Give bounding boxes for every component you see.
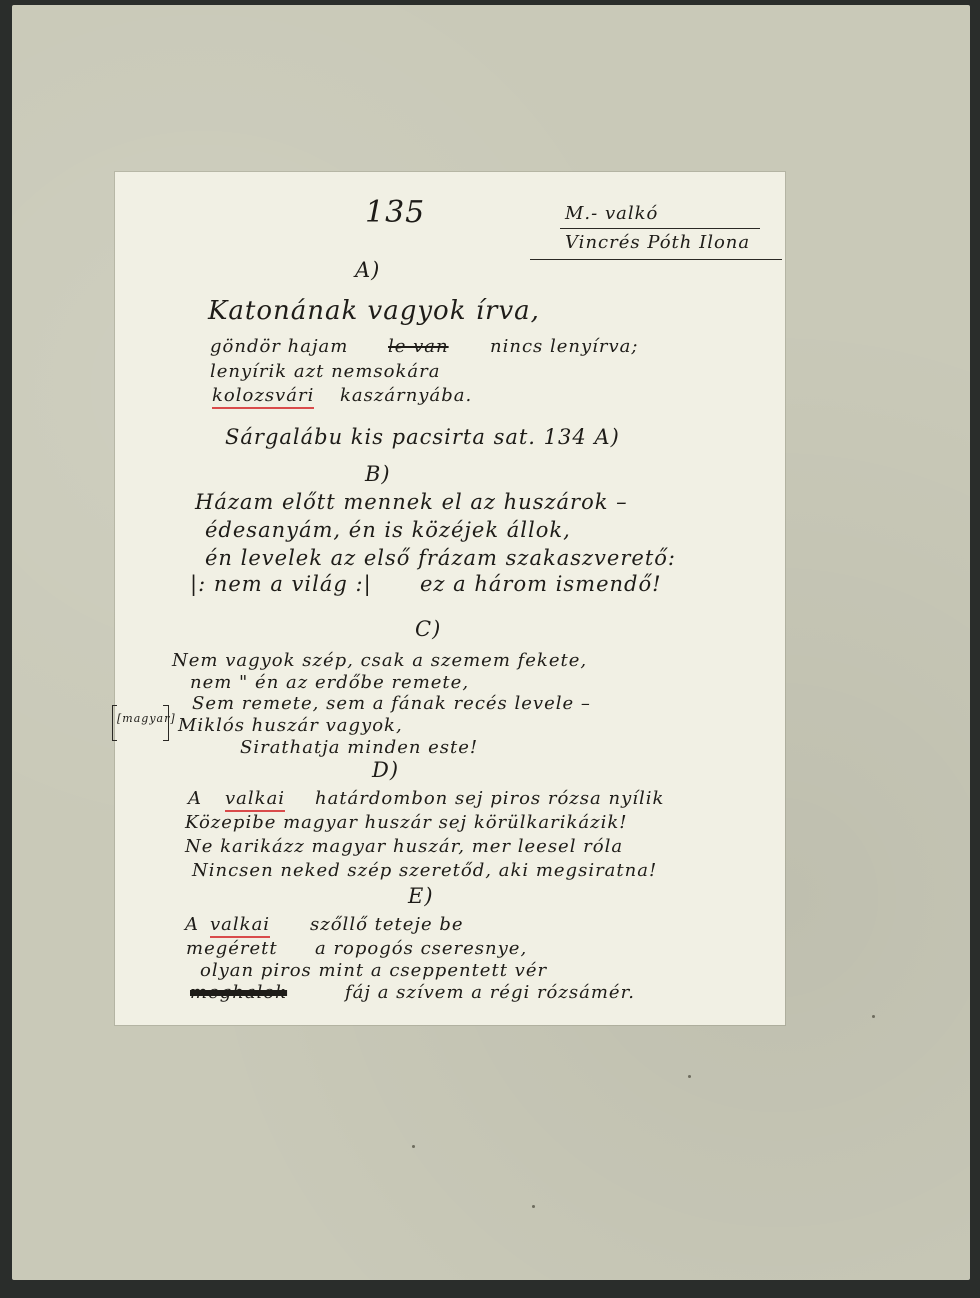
verse-line: Közepibe magyar huszár sej körülkarikázi… <box>185 812 628 833</box>
location-note: M.- valkó <box>565 203 658 224</box>
struck-word: le van <box>388 336 449 357</box>
verse-line: édesanyám, én is közéjek állok, <box>205 518 571 542</box>
mat-speck <box>688 1075 691 1078</box>
verse-line: ez a három ismendő! <box>420 572 662 596</box>
verse-line: én levelek az első frázam szakaszverető: <box>205 546 676 570</box>
verse-line: olyan piros mint a cseppentett vér <box>200 960 547 981</box>
section-label-c: C) <box>415 617 441 641</box>
verse-line: nincs lenyírva; <box>490 336 638 357</box>
verse-line: Ne karikázz magyar huszár, mer leesel ró… <box>185 836 623 857</box>
header-rule <box>530 259 782 260</box>
verse-line: kaszárnyába. <box>340 385 472 406</box>
verse-line: göndör hajam <box>210 336 348 357</box>
verse-line: Házam előtt mennek el az huszárok – <box>195 490 628 514</box>
repeat-line: |: nem a világ :| <box>190 572 372 596</box>
verse-word: A <box>185 914 199 935</box>
section-label-b: B) <box>365 462 391 486</box>
mat-speck <box>872 1015 875 1018</box>
mat-speck <box>532 1205 535 1208</box>
singer-name: Vincrés Póth Ilona <box>565 232 750 253</box>
verse-line: Nem vagyok szép, csak a szemem fekete, <box>172 650 587 671</box>
verse-line: határdombon sej piros rózsa nyílik <box>315 788 664 809</box>
underlined-word: valkai <box>210 914 270 938</box>
verse-line: fáj a szívem a régi rózsámér. <box>345 982 635 1003</box>
section-label-a: A) <box>355 258 380 282</box>
underlined-word: kolozsvári <box>212 385 314 409</box>
verse-line: lenyírik azt nemsokára <box>210 361 440 382</box>
verse-line: nem " én az erdőbe remete, <box>190 672 469 693</box>
verse-line: Miklós huszár vagyok, <box>178 715 403 736</box>
reference-line: Sárgalábu kis pacsirta sat. 134 A) <box>225 425 620 449</box>
location-underline <box>560 228 760 229</box>
struck-word: meghalok <box>190 982 287 1003</box>
section-label-d: D) <box>372 758 399 782</box>
verse-line: a ropogós cseresnye, <box>315 938 527 959</box>
annotation-bracket-right <box>163 705 169 741</box>
underlined-word: valkai <box>225 788 285 812</box>
verse-line: Sem remete, sem a fának recés levele – <box>192 693 591 714</box>
page-number: 135 <box>365 195 425 230</box>
verse-line: Katonának vagyok írva, <box>208 296 540 326</box>
mat-speck <box>412 1145 415 1148</box>
verse-line: Nincsen neked szép szeretőd, aki megsira… <box>192 860 657 881</box>
verse-word: megérett <box>186 938 278 959</box>
verse-word: A <box>188 788 202 809</box>
section-label-e: E) <box>408 884 434 908</box>
verse-line: szőllő teteje be <box>310 914 464 935</box>
verse-line: Sirathatja minden este! <box>240 737 478 758</box>
